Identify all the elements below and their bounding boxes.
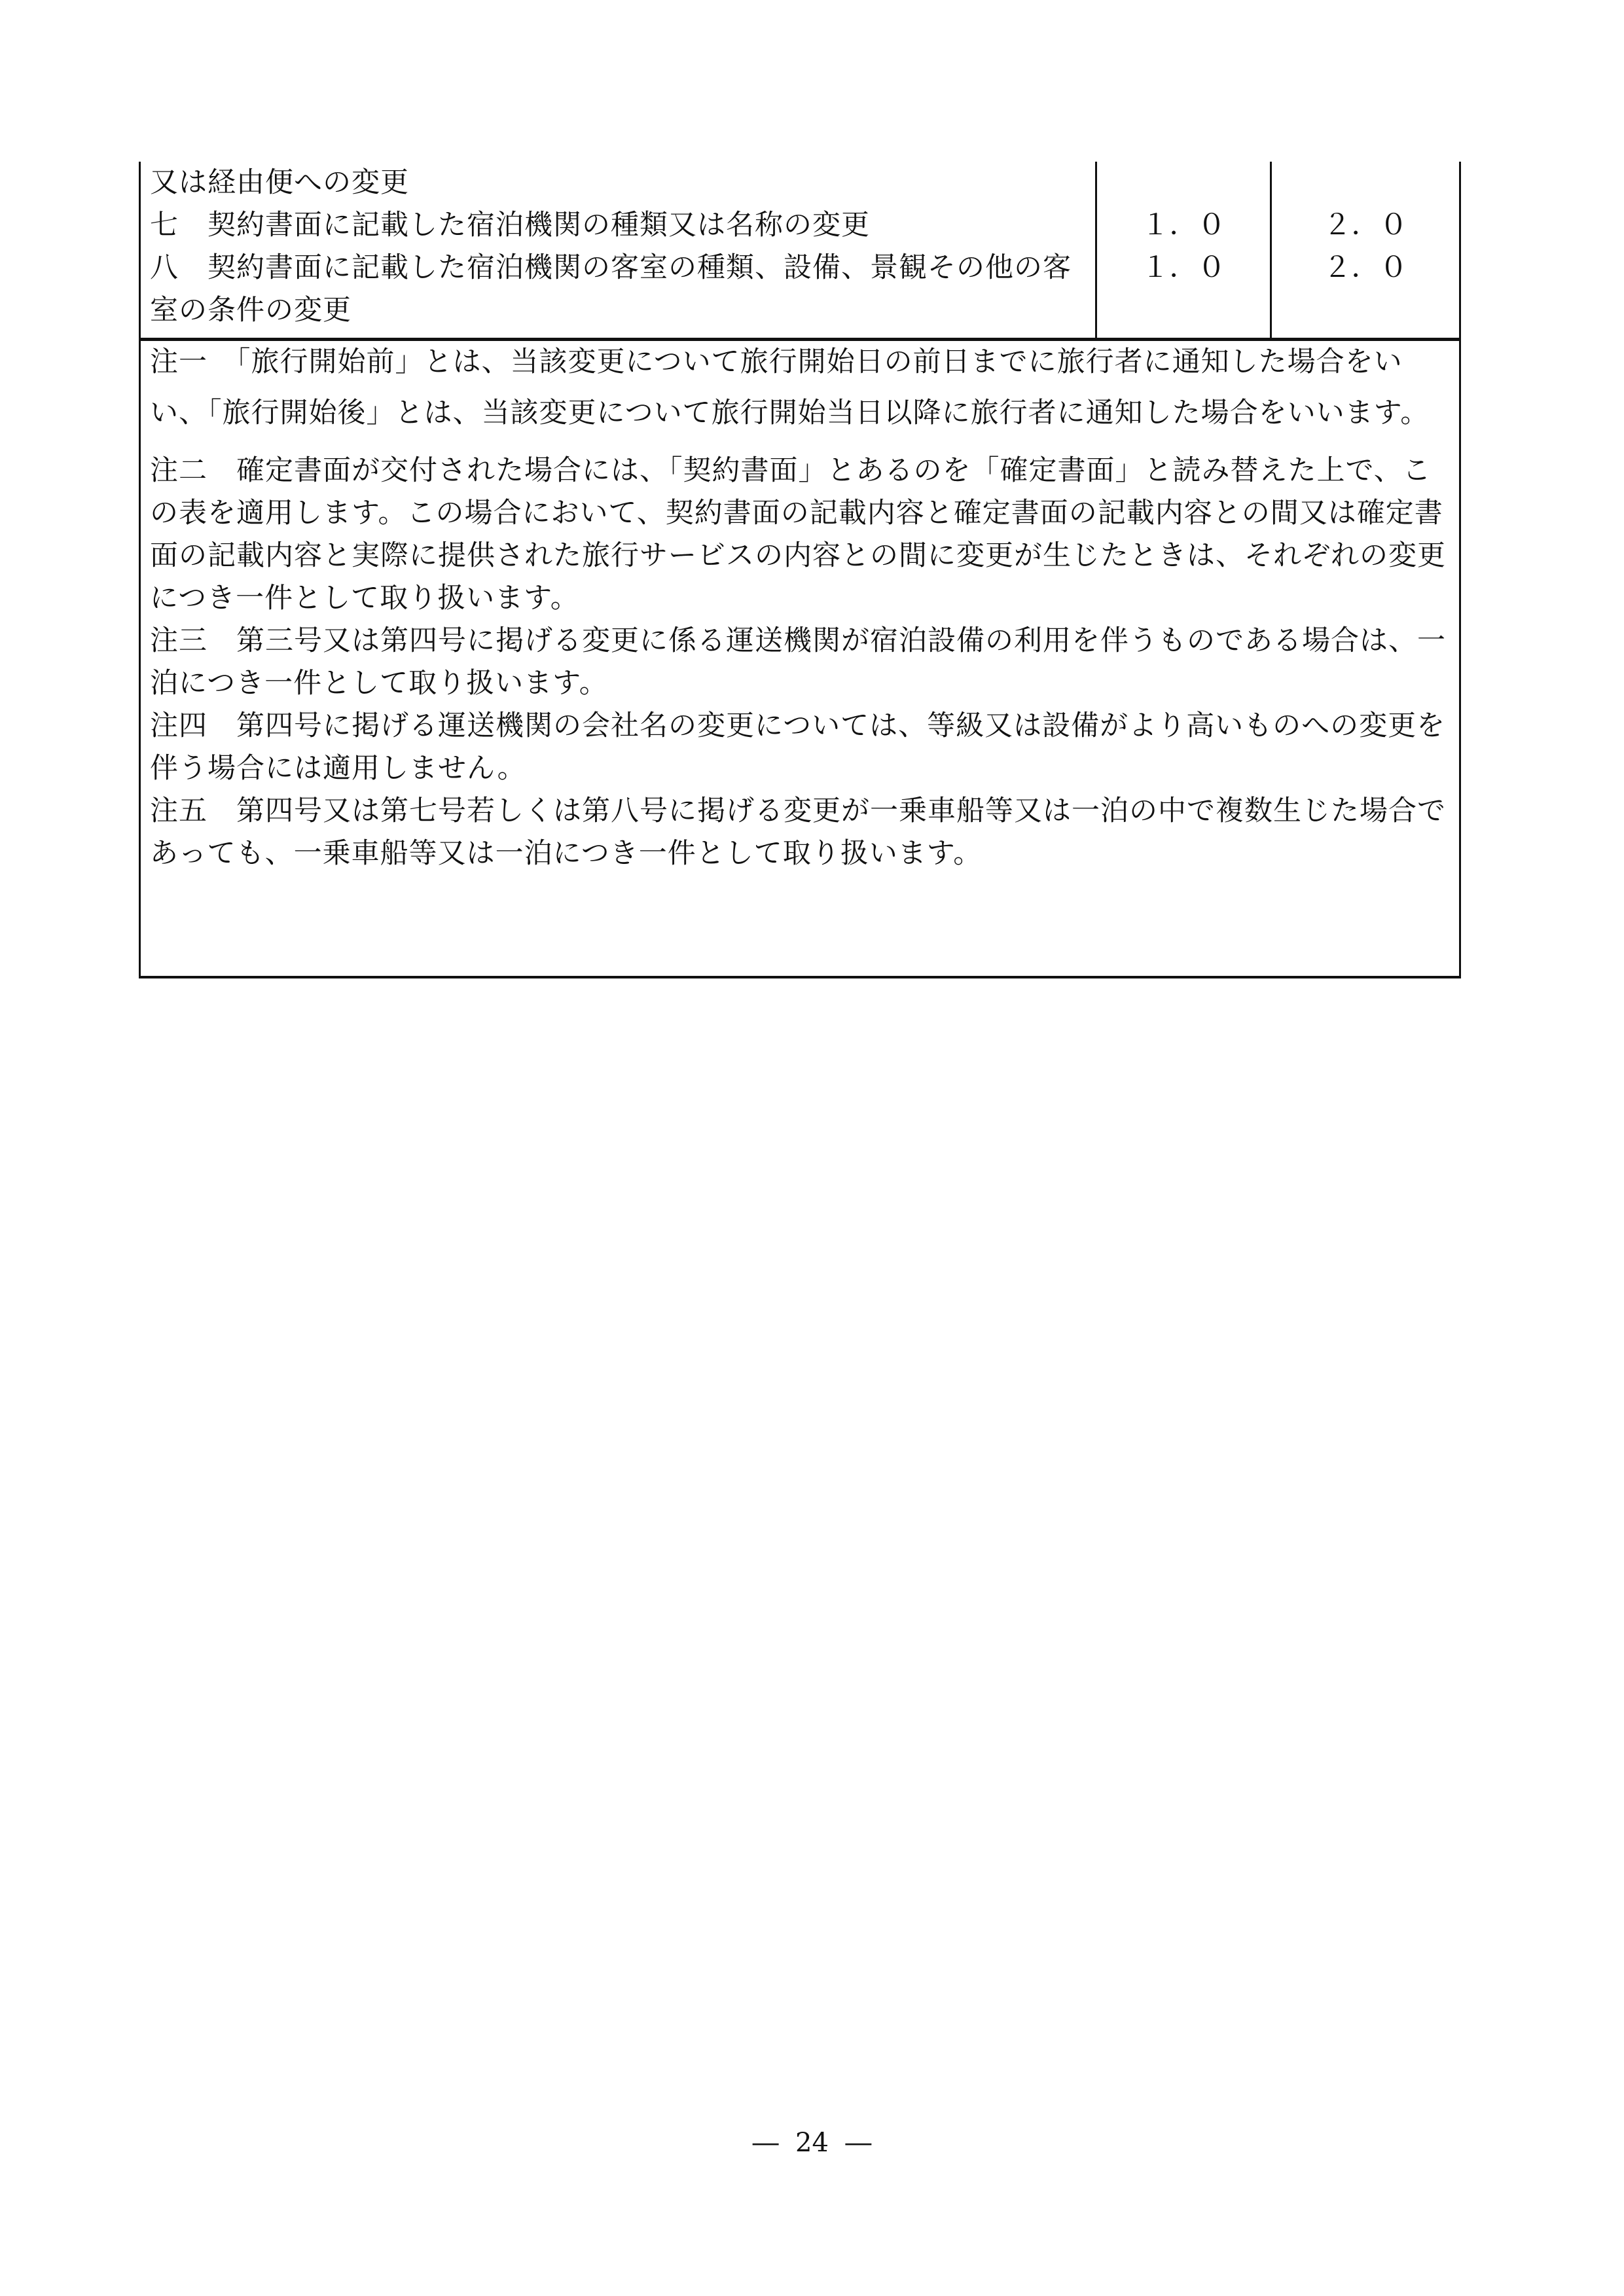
- document-page: 又は経由便への変更 七 契約書面に記載した宿泊機関の種類又は名称の変更 １．０ …: [0, 0, 1624, 2296]
- note-3-line-1: 注三 第三号又は第四号に掲げる変更に係る運送機関が宿泊設備の利用を伴うものである…: [150, 621, 1446, 660]
- note-2-line-2: の表を適用します。この場合において、契約書面の記載内容と確定書面の記載内容との間…: [150, 493, 1443, 533]
- note-4-line-1: 注四 第四号に掲げる運送機関の会社名の変更については、等級又は設備がより高いもの…: [150, 706, 1445, 745]
- change-item-8: 八 契約書面に記載した宿泊機関の客室の種類、設備、景観その他の客: [150, 248, 1072, 287]
- note-2-line-3: 面の記載内容と実際に提供された旅行サービスの内容との間に変更が生じたときは、それ…: [150, 536, 1446, 575]
- note-1-line-1: 注一 「旅行開始前」とは、当該変更について旅行開始日の前日までに旅行者に通知した…: [150, 342, 1403, 382]
- rate-before-start-item-8: １．０: [1097, 248, 1270, 287]
- compensation-table: 又は経由便への変更 七 契約書面に記載した宿泊機関の種類又は名称の変更 １．０ …: [139, 162, 1461, 978]
- note-1-line-2: い、「旅行開始後」とは、当該変更について旅行開始当日以降に旅行者に通知した場合を…: [150, 393, 1429, 433]
- note-2-line-1: 注二 確定書面が交付された場合には、「契約書面」とあるのを「確定書面」と読み替え…: [150, 451, 1432, 490]
- rate-after-start-item-8: ２．０: [1272, 248, 1459, 287]
- change-item-7: 七 契約書面に記載した宿泊機関の種類又は名称の変更: [150, 206, 870, 245]
- rate-after-start-item-7: ２．０: [1272, 206, 1459, 245]
- note-5-line-1: 注五 第四号又は第七号若しくは第八号に掲げる変更が一乗車船等又は一泊の中で複数生…: [150, 791, 1446, 831]
- note-2-line-4: につき一件として取り扱います。: [150, 579, 579, 618]
- change-items-section: 又は経由便への変更 七 契約書面に記載した宿泊機関の種類又は名称の変更 １．０ …: [141, 162, 1459, 341]
- note-3-line-2: 泊につき一件として取り扱います。: [150, 664, 608, 703]
- page-number: ― 24 ―: [0, 2123, 1624, 2162]
- change-item-6-continued: 又は経由便への変更: [150, 163, 409, 202]
- note-4-line-2: 伴う場合には適用しません。: [150, 749, 526, 788]
- change-item-8-continued: 室の条件の変更: [150, 291, 352, 330]
- rate-before-start-item-7: １．０: [1097, 206, 1270, 245]
- note-5-line-2: あっても、一乗車船等又は一泊につき一件として取り扱います。: [150, 834, 982, 873]
